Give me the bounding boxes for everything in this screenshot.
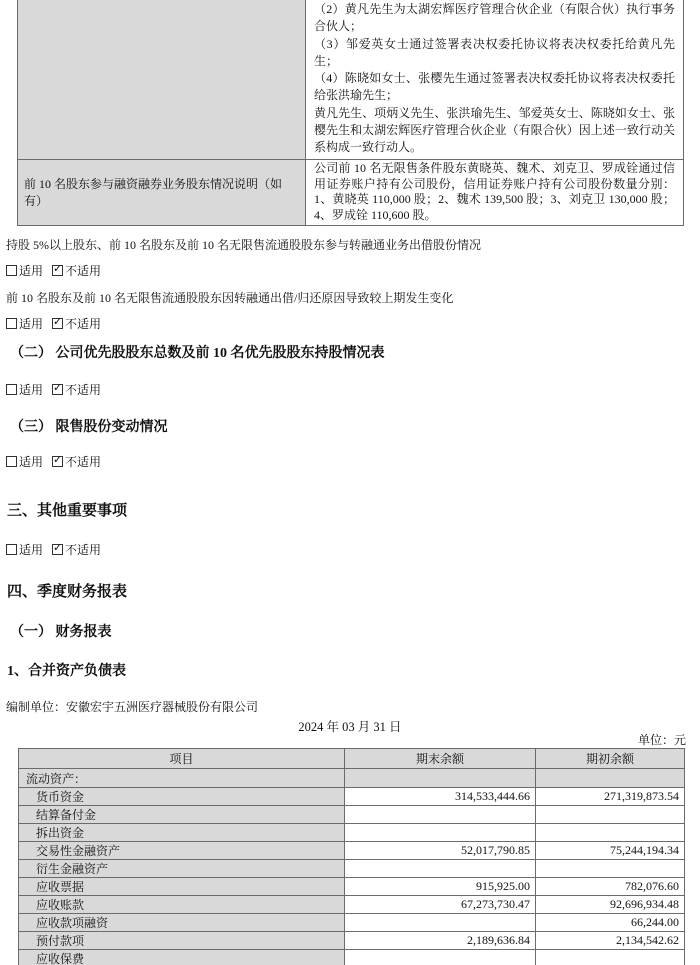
lending-statement: 持股 5%以上股东、前 10 名股东及前 10 名无限售流通股股东参与转融通业务…: [6, 236, 481, 253]
applicable-label: 适用: [19, 317, 43, 331]
applicability-row: 适用不适用: [6, 262, 101, 279]
table-row: 应收票据 915,925.00 782,076.60: [19, 878, 685, 896]
column-header-item: 项目: [19, 749, 345, 769]
section-row-current-assets: 流动资产：: [19, 769, 685, 788]
beginning-balance-cell: 271,319,873.54: [536, 788, 685, 806]
table-row: 前 10 名股东参与融资融券业务股东情况说明（如有） 公司前 10 名无限售条件…: [18, 160, 684, 226]
item-cell: 衍生金融资产: [19, 860, 345, 878]
applicable-label: 适用: [19, 264, 43, 278]
heading-financial-statements: （一） 财务报表: [10, 621, 112, 641]
beginning-balance-cell: [536, 806, 685, 824]
ending-balance-cell: [345, 806, 536, 824]
applicability-row: 适用不适用: [6, 453, 101, 470]
table-row: 应收款项融资 66,244.00: [19, 914, 685, 932]
checkbox-checked-icon[interactable]: [52, 265, 63, 276]
checkbox-unchecked-icon[interactable]: [6, 384, 17, 395]
applicability-row: 适用不适用: [6, 315, 101, 332]
ending-balance-cell: 52,017,790.85: [345, 842, 536, 860]
heading-balance-sheet: 1、合并资产负债表: [7, 660, 126, 680]
item-cell: 货币资金: [19, 788, 345, 806]
checkbox-checked-icon[interactable]: [52, 318, 63, 329]
not-applicable-label: 不适用: [65, 455, 101, 469]
checkbox-checked-icon[interactable]: [52, 456, 63, 467]
margin-trading-text-cell: 公司前 10 名无限售条件股东黄晓英、魏术、刘克卫、罗成铨通过信用证券账户持有公…: [306, 160, 684, 226]
table-row: （2）黄凡先生为太湖宏辉医疗管理合伙企业（有限合伙）执行事务合伙人； （3）邹爱…: [18, 0, 684, 160]
prepared-by-line: 编制单位：安徽宏宇五洲医疗器械股份有限公司: [6, 698, 258, 715]
item-cell: 应收款项融资: [19, 914, 345, 932]
item-cell: 应收票据: [19, 878, 345, 896]
beginning-balance-cell: [536, 824, 685, 842]
not-applicable-label: 不适用: [65, 383, 101, 397]
beginning-balance-cell: 782,076.60: [536, 878, 685, 896]
margin-trading-label-cell: 前 10 名股东参与融资融券业务股东情况说明（如有）: [18, 160, 306, 226]
applicable-label: 适用: [19, 455, 43, 469]
acting-in-concert-cell: （2）黄凡先生为太湖宏辉医疗管理合伙企业（有限合伙）执行事务合伙人； （3）邹爱…: [306, 0, 684, 160]
heading-preferred-shares: （二） 公司优先股股东总数及前 10 名优先股股东持股情况表: [10, 342, 385, 362]
checkbox-unchecked-icon[interactable]: [6, 318, 17, 329]
checkbox-unchecked-icon[interactable]: [6, 456, 17, 467]
beginning-balance-cell: [536, 950, 685, 965]
not-applicable-label: 不适用: [65, 543, 101, 557]
ending-balance-cell: 915,925.00: [345, 878, 536, 896]
table-row: 预付款项 2,189,636.84 2,134,542.62: [19, 932, 685, 950]
empty-label-cell: [18, 0, 306, 160]
beginning-balance-cell: [536, 769, 685, 788]
refinancing-statement: 前 10 名股东及前 10 名无限售流通股股东因转融通出借/归还原因导致较上期发…: [6, 289, 453, 306]
header-row: 项目 期末余额 期初余额: [19, 749, 685, 769]
ending-balance-cell: [345, 914, 536, 932]
table-row: 货币资金 314,533,444.66 271,319,873.54: [19, 788, 685, 806]
item-cell: 应收账款: [19, 896, 345, 914]
beginning-balance-cell: 92,696,934.48: [536, 896, 685, 914]
table-row: 结算备付金: [19, 806, 685, 824]
ending-balance-cell: 67,273,730.47: [345, 896, 536, 914]
item-cell: 交易性金融资产: [19, 842, 345, 860]
table-row: 交易性金融资产 52,017,790.85 75,244,194.34: [19, 842, 685, 860]
paragraph: （4）陈晓如女士、张樱先生通过签署表决权委托协议将表决权委托给张洪瑜先生；: [314, 70, 675, 105]
heading-restricted-shares: （三） 限售股份变动情况: [10, 416, 168, 436]
beginning-balance-cell: [536, 860, 685, 878]
report-page: （2）黄凡先生为太湖宏辉医疗管理合伙企业（有限合伙）执行事务合伙人； （3）邹爱…: [0, 0, 700, 965]
ending-balance-cell: [345, 860, 536, 878]
heading-quarterly-statements: 四、季度财务报表: [7, 580, 127, 601]
table-row: 拆出资金: [19, 824, 685, 842]
beginning-balance-cell: 2,134,542.62: [536, 932, 685, 950]
checkbox-checked-icon[interactable]: [52, 384, 63, 395]
section-label-cell: 流动资产：: [19, 769, 345, 788]
statement-date: 2024 年 03 月 31 日: [0, 717, 700, 735]
paragraph: 黄凡先生、项炳义先生、张洪瑜先生、邹爱英女士、陈晓如女士、张樱先生和太湖宏辉医疗…: [314, 105, 675, 157]
table-row: 衍生金融资产: [19, 860, 685, 878]
applicable-label: 适用: [19, 543, 43, 557]
checkbox-unchecked-icon[interactable]: [6, 265, 17, 276]
table-row: 应收账款 67,273,730.47 92,696,934.48: [19, 896, 685, 914]
paragraph: （2）黄凡先生为太湖宏辉医疗管理合伙企业（有限合伙）执行事务合伙人；: [314, 1, 675, 36]
column-header-beginning-balance: 期初余额: [536, 749, 685, 769]
item-cell: 结算备付金: [19, 806, 345, 824]
beginning-balance-cell: 75,244,194.34: [536, 842, 685, 860]
applicable-label: 适用: [19, 383, 43, 397]
ending-balance-cell: [345, 769, 536, 788]
ending-balance-cell: [345, 950, 536, 965]
ending-balance-cell: [345, 824, 536, 842]
applicability-row: 适用不适用: [6, 541, 101, 558]
item-cell: 拆出资金: [19, 824, 345, 842]
not-applicable-label: 不适用: [65, 264, 101, 278]
heading-other-matters: 三、其他重要事项: [7, 499, 127, 520]
item-cell: 应收保费: [19, 950, 345, 965]
ending-balance-cell: 2,189,636.84: [345, 932, 536, 950]
not-applicable-label: 不适用: [65, 317, 101, 331]
checkbox-checked-icon[interactable]: [52, 544, 63, 555]
applicability-row: 适用不适用: [6, 381, 101, 398]
column-header-ending-balance: 期末余额: [345, 749, 536, 769]
unit-label: 单位：元: [638, 731, 686, 748]
beginning-balance-cell: 66,244.00: [536, 914, 685, 932]
ending-balance-cell: 314,533,444.66: [345, 788, 536, 806]
table-row: 应收保费: [19, 950, 685, 965]
paragraph: （3）邹爱英女士通过签署表决权委托协议将表决权委托给黄凡先生；: [314, 36, 675, 71]
item-cell: 预付款项: [19, 932, 345, 950]
balance-sheet-table: 项目 期末余额 期初余额 流动资产： 货币资金 314,533,444.66 2…: [18, 748, 685, 965]
shareholder-continuation-table: （2）黄凡先生为太湖宏辉医疗管理合伙企业（有限合伙）执行事务合伙人； （3）邹爱…: [17, 0, 684, 226]
checkbox-unchecked-icon[interactable]: [6, 544, 17, 555]
